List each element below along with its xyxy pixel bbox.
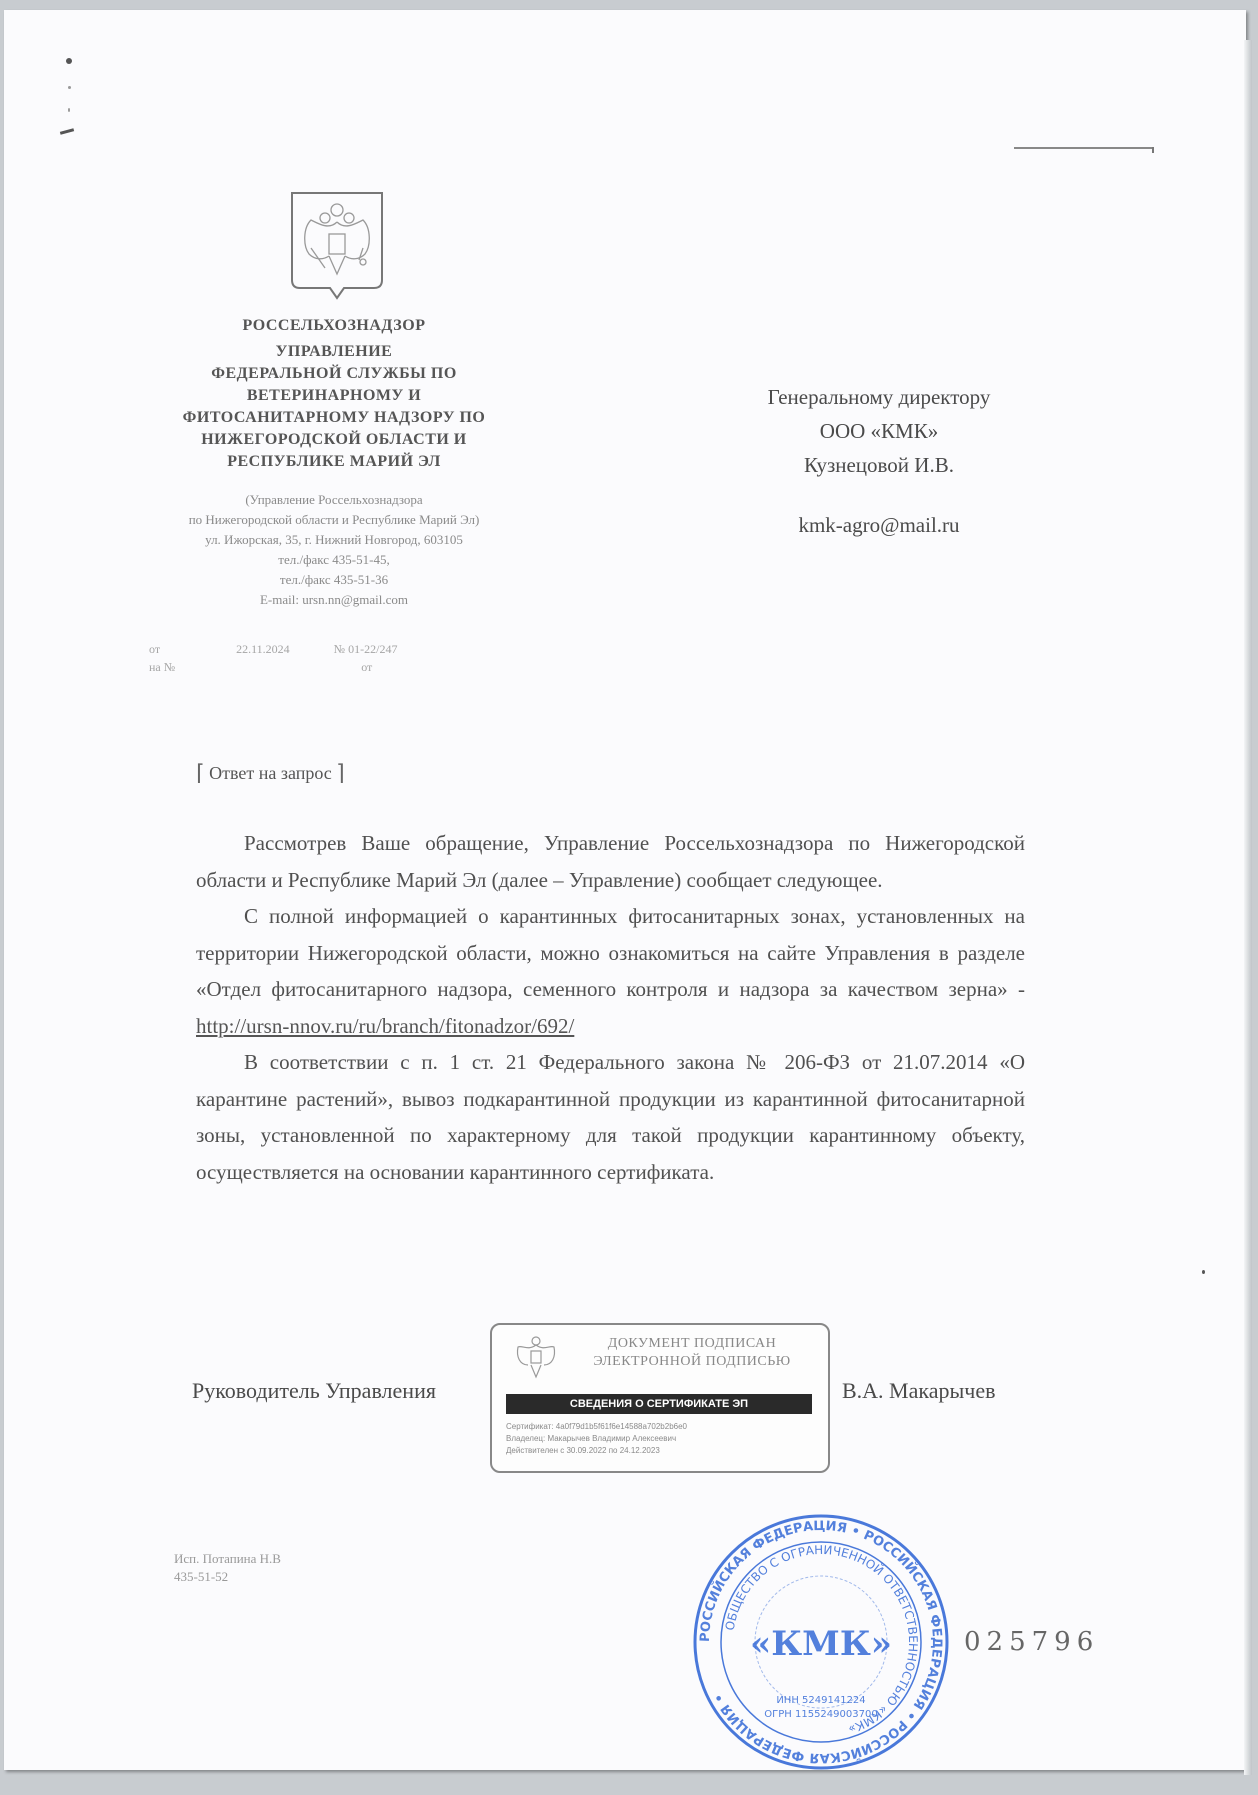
recipient-position: Генеральному директору <box>704 380 1054 414</box>
esign-header-line: ДОКУМЕНТ ПОДПИСАН <box>572 1335 812 1353</box>
reference-from-label: от <box>361 660 372 674</box>
body-paragraph: В соответствии с п. 1 ст. 21 Федеральног… <box>196 1044 1025 1190</box>
document-page: РОССЕЛЬХОЗНАДЗОР УПРАВЛЕНИЕ ФЕДЕРАЛЬНОЙ … <box>4 10 1246 1770</box>
esign-header: ДОКУМЕНТ ПОДПИСАН ЭЛЕКТРОННОЙ ПОДПИСЬЮ <box>572 1335 812 1371</box>
executor-phone: 435-51-52 <box>174 1568 281 1586</box>
russian-coat-of-arms-icon <box>289 190 385 302</box>
executor-block: Исп. Потапина Н.В 435-51-52 <box>174 1550 281 1586</box>
agency-short-name: РОССЕЛЬХОЗНАДЗОР <box>149 315 519 337</box>
scan-speck <box>60 128 74 135</box>
serial-number: 025796 <box>964 1627 1099 1657</box>
certificate-owner: Владелец: Макарычев Владимир Алексеевич <box>506 1433 687 1445</box>
fitonadzor-link[interactable]: http://ursn-nnov.ru/ru/branch/fitonadzor… <box>196 1014 574 1038</box>
address-line: ул. Ижорская, 35, г. Нижний Новгород, 60… <box>134 530 534 550</box>
sender-agency-block: РОССЕЛЬХОЗНАДЗОР УПРАВЛЕНИЕ ФЕДЕРАЛЬНОЙ … <box>149 315 519 473</box>
agency-name-line: УПРАВЛЕНИЕ <box>149 341 519 363</box>
address-line: (Управление Россельхознадзора <box>134 490 534 510</box>
reference-line: на № от <box>149 660 372 675</box>
number-label: № <box>334 642 345 656</box>
certificate-info-bar: СВЕДЕНИЯ О СЕРТИФИКАТЕ ЭП <box>506 1394 812 1414</box>
recipient-email: kmk-agro@mail.ru <box>704 508 1054 542</box>
registration-number: 01-22/247 <box>348 642 397 656</box>
from-label: от <box>149 642 160 656</box>
page-edge-shadow <box>1244 40 1252 1775</box>
eagle-emblem-icon <box>512 1333 560 1381</box>
letter-body: Рассмотрев Ваше обращение, Управление Ро… <box>196 825 1025 1190</box>
registration-date: 22.11.2024 <box>236 642 290 656</box>
recipient-company: ООО «КМК» <box>704 414 1054 448</box>
sender-address-block: (Управление Россельхознадзора по Нижегор… <box>134 490 534 610</box>
company-seal-stamp: РОССИЙСКАЯ ФЕДЕРАЦИЯ • РОССИЙСКАЯ ФЕДЕРА… <box>686 1507 956 1777</box>
subject-line: ⌈ Ответ на запрос ⌉ <box>196 760 345 785</box>
address-line: E-mail: ursn.nn@gmail.com <box>134 590 534 610</box>
address-line: по Нижегородской области и Республике Ма… <box>134 510 534 530</box>
scan-speck <box>1202 1270 1205 1274</box>
signatory-title: Руководитель Управления <box>192 1378 436 1404</box>
recipient-block: Генеральному директору ООО «КМК» Кузнецо… <box>704 380 1054 542</box>
subject-text: Ответ на запрос <box>209 763 332 783</box>
recipient-name: Кузнецовой И.В. <box>704 448 1054 482</box>
scan-line <box>1014 147 1154 149</box>
body-paragraph: Рассмотрев Ваше обращение, Управление Ро… <box>196 825 1025 898</box>
agency-name-line: ВЕТЕРИНАРНОМУ И <box>149 385 519 407</box>
bracket-right: ⌉ <box>336 761 345 786</box>
body-paragraph: С полной информацией о карантинных фитос… <box>196 898 1025 1044</box>
certificate-validity: Действителен с 30.09.2022 по 24.12.2023 <box>506 1445 687 1457</box>
stamp-ogrn: ОГРН 1155249003700 <box>764 1709 877 1720</box>
agency-name-line: РЕСПУБЛИКЕ МАРИЙ ЭЛ <box>149 451 519 473</box>
stamp-inn: ИНН 5249141224 <box>776 1695 865 1706</box>
agency-name-line: НИЖЕГОРОДСКОЙ ОБЛАСТИ И <box>149 429 519 451</box>
certificate-id: Сертификат: 4a0f79d1b5f61f6e14588a702b2b… <box>506 1421 687 1433</box>
reference-label: на № <box>149 660 175 674</box>
address-line: тел./факс 435-51-36 <box>134 570 534 590</box>
signatory-name: В.А. Макарычев <box>842 1378 996 1404</box>
scan-speck <box>68 86 71 89</box>
scan-speck <box>66 58 72 64</box>
esign-header-line: ЭЛЕКТРОННОЙ ПОДПИСЬЮ <box>572 1353 812 1371</box>
paragraph-text: С полной информацией о карантинных фитос… <box>196 904 1025 1001</box>
bracket-left: ⌈ <box>196 761 205 786</box>
certificate-details: Сертификат: 4a0f79d1b5f61f6e14588a702b2b… <box>506 1421 687 1457</box>
stamp-center-text: «КМК» <box>750 1624 892 1664</box>
agency-name-line: ФЕДЕРАЛЬНОЙ СЛУЖБЫ ПО <box>149 363 519 385</box>
address-line: тел./факс 435-51-45, <box>134 550 534 570</box>
scan-speck <box>68 108 70 112</box>
executor-name: Исп. Потапина Н.В <box>174 1550 281 1568</box>
electronic-signature-box: ДОКУМЕНТ ПОДПИСАН ЭЛЕКТРОННОЙ ПОДПИСЬЮ С… <box>490 1323 830 1473</box>
registration-line: от 22.11.2024 № 01-22/247 <box>149 642 397 657</box>
agency-name-line: ФИТОСАНИТАРНОМУ НАДЗОРУ ПО <box>149 407 519 429</box>
